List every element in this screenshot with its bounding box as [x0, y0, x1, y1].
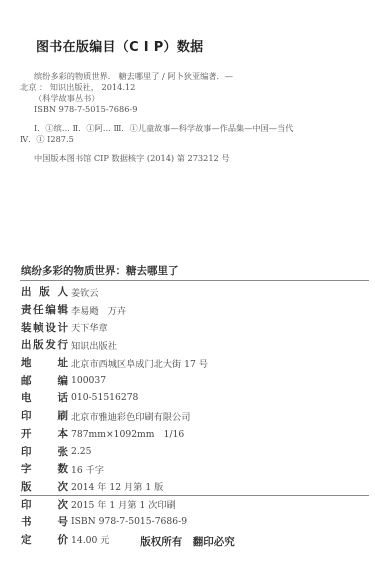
- cip-line-library-number: 中国版本图书馆 CIP 数据核字 (2014) 第 273212 号: [20, 153, 293, 164]
- info-row-printing: 印次 2015 年 1 月第 1 次印刷: [21, 495, 68, 513]
- info-row-format: 开本 787mm×1092mm 1/16: [21, 425, 68, 443]
- cip-line-publisher: 北京 ： 知识出版社， 2014.12: [20, 82, 293, 93]
- copyright-notice: 版权所有 翻印必究: [0, 534, 375, 549]
- info-value: 姜钦云: [71, 285, 99, 299]
- info-label: 版次: [21, 479, 68, 494]
- cip-line-series: （科学故事丛书）: [20, 93, 293, 104]
- info-value: 天下华章: [71, 320, 108, 334]
- info-value: 100037: [71, 375, 106, 386]
- info-label: 出版发行: [21, 337, 68, 352]
- publication-info: 出版人 姜钦云 责任编辑 李易飏 万卉 装帧设计 天下华章 出版发行 知识出版社…: [21, 283, 68, 548]
- info-label: 印次: [21, 497, 68, 512]
- top-divider: [20, 280, 369, 281]
- info-row-isbn: 书号 ISBN 978-7-5015-7686-9: [21, 513, 68, 531]
- info-label: 印刷: [21, 408, 68, 423]
- info-value: 2.25: [71, 446, 91, 457]
- cip-heading: 图书在版编目（C I P）数据: [36, 36, 203, 55]
- info-label: 书号: [21, 514, 68, 529]
- cip-line-classification: Ⅳ．① I287.5: [20, 134, 293, 145]
- info-label: 电话: [21, 390, 68, 405]
- info-value: 787mm×1092mm 1/16: [71, 426, 184, 440]
- info-value: 2014 年 12 月第 1 版: [71, 479, 163, 493]
- info-row-postcode: 邮编 100037: [21, 371, 68, 389]
- cip-line-title: 缤纷多彩的物质世界． 糖去哪里了 / 阿卜狄亚编著．—: [20, 71, 293, 82]
- info-label: 开本: [21, 426, 68, 441]
- info-row-word-count: 字数 16 千字: [21, 460, 68, 478]
- bottom-divider: [20, 495, 369, 496]
- cip-line-isbn: ISBN 978-7-5015-7686-9: [20, 104, 293, 115]
- info-label: 字数: [21, 461, 68, 476]
- info-value: 16 千字: [71, 462, 104, 476]
- info-label: 装帧设计: [21, 320, 68, 335]
- info-row-edition: 版次 2014 年 12 月第 1 版: [21, 478, 68, 496]
- info-value: 知识出版社: [71, 338, 117, 352]
- info-value: ISBN 978-7-5015-7686-9: [71, 516, 187, 527]
- info-label: 责任编辑: [21, 302, 68, 317]
- info-value: 北京市西城区阜成门北大街 17 号: [71, 356, 208, 370]
- info-row-editor: 责任编辑 李易飏 万卉: [21, 301, 68, 319]
- info-value: 2015 年 1 月第 1 次印刷: [71, 497, 176, 511]
- info-row-address: 地址 北京市西城区阜成门北大街 17 号: [21, 354, 68, 372]
- info-row-phone: 电话 010-51516278: [21, 389, 68, 407]
- info-row-design: 装帧设计 天下华章: [21, 318, 68, 336]
- info-row-publisher-person: 出版人 姜钦云: [21, 283, 68, 301]
- info-value: 北京市雅迪彩色印刷有限公司: [71, 409, 190, 423]
- info-value: 010-51516278: [71, 392, 138, 403]
- info-row-printer: 印刷 北京市雅迪彩色印刷有限公司: [21, 407, 68, 425]
- info-label: 邮编: [21, 373, 68, 388]
- info-label: 印张: [21, 444, 68, 459]
- cip-line-subjects: Ⅰ．①缤… Ⅱ．①阿… Ⅲ．①儿童故事—科学故事—作品集—中国—当代: [20, 123, 293, 134]
- info-row-distribution: 出版发行 知识出版社: [21, 336, 68, 354]
- info-label: 出版人: [21, 284, 68, 299]
- cip-record: 缤纷多彩的物质世界． 糖去哪里了 / 阿卜狄亚编著．— 北京 ： 知识出版社， …: [20, 71, 293, 164]
- info-row-sheets: 印张 2.25: [21, 442, 68, 460]
- book-title: 缤纷多彩的物质世界：糖去哪里了: [21, 263, 179, 278]
- info-label: 地址: [21, 355, 68, 370]
- info-value: 李易飏 万卉: [71, 303, 126, 317]
